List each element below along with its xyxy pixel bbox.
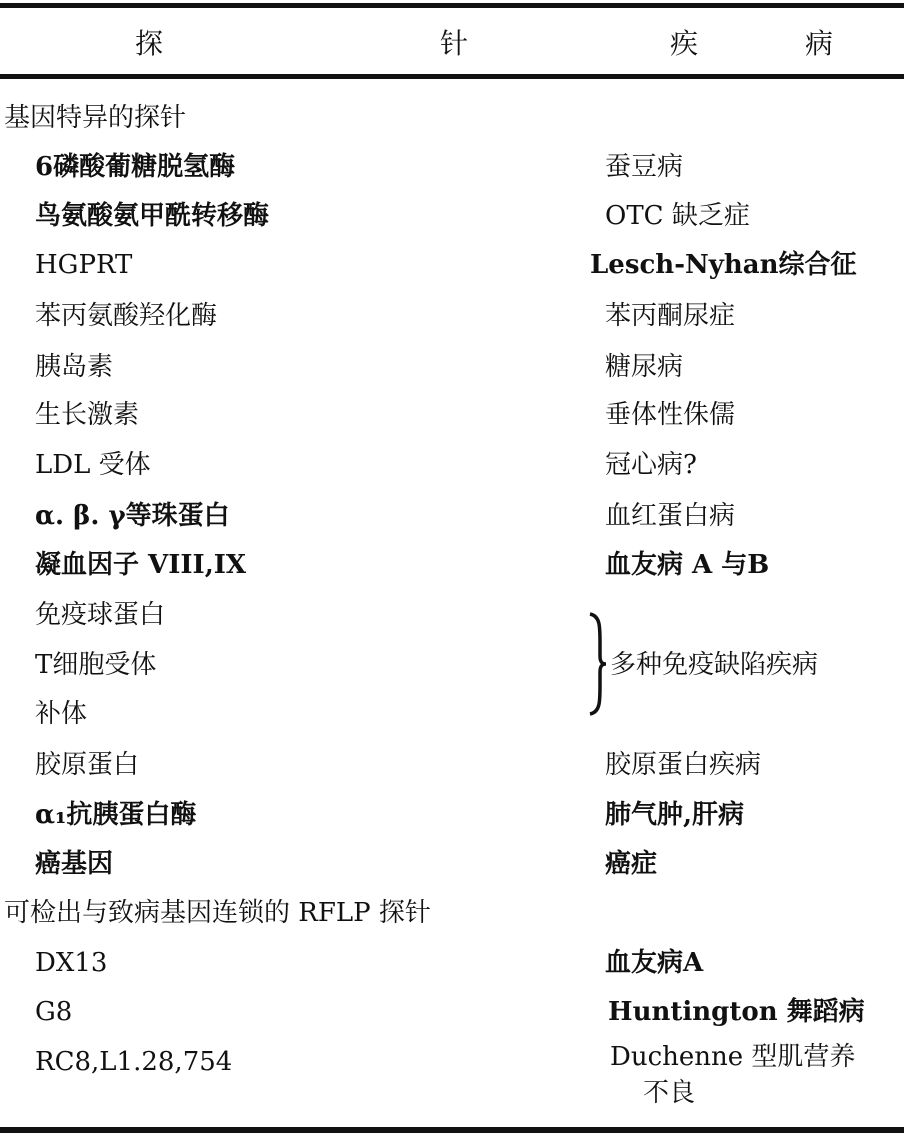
probe-cell: 胶原蛋白 xyxy=(35,748,139,782)
disease-cell: 苯丙酮尿症 xyxy=(605,299,735,333)
bottom-rule xyxy=(0,1127,904,1133)
probe-cell: 苯丙氨酸羟化酶 xyxy=(35,299,217,333)
disease-cell: 胶原蛋白疾病 xyxy=(605,748,761,782)
disease-cell-grouped: 多种免疫缺陷疾病 xyxy=(610,648,818,682)
disease-cell: 血友病 A 与B xyxy=(605,548,769,582)
disease-cell: 糖尿病 xyxy=(605,350,683,384)
header-probe-char-1: 探 xyxy=(135,26,163,62)
probe-cell: α. β. γ等珠蛋白 xyxy=(35,499,230,533)
disease-cell: 癌症 xyxy=(605,847,657,881)
probe-cell: HGPRT xyxy=(35,248,132,282)
probe-cell: LDL 受体 xyxy=(35,448,151,482)
top-rule xyxy=(0,3,904,8)
right-brace-icon xyxy=(588,612,608,716)
probe-cell: T细胞受体 xyxy=(35,648,156,682)
disease-cell: Huntington 舞蹈病 xyxy=(608,995,865,1029)
probe-cell: RC8,L1.28,754 xyxy=(35,1045,232,1079)
disease-cell: 血红蛋白病 xyxy=(605,499,735,533)
header-probe-char-2: 针 xyxy=(440,26,468,62)
probe-cell: 鸟氨酸氨甲酰转移酶 xyxy=(35,199,269,233)
disease-cell: Duchenne 型肌营养 xyxy=(610,1040,855,1074)
disease-cell: 肺气肿,肝病 xyxy=(605,798,744,832)
disease-cell: 垂体性侏儒 xyxy=(605,398,735,432)
header-rule xyxy=(0,74,904,79)
probe-cell: 6磷酸葡糖脱氢酶 xyxy=(35,150,235,184)
header-disease-char-1: 疾 xyxy=(670,26,698,62)
section-title-rflp: 可检出与致病基因连锁的 RFLP 探针 xyxy=(4,896,431,930)
disease-cell: 冠心病? xyxy=(605,448,697,482)
probe-cell: G8 xyxy=(35,995,72,1029)
probe-cell: 生长激素 xyxy=(35,398,139,432)
disease-cell: Lesch-Nyhan综合征 xyxy=(590,248,857,282)
probe-cell: 癌基因 xyxy=(35,847,113,881)
disease-cell: 蚕豆病 xyxy=(605,150,683,184)
probe-cell: α₁抗胰蛋白酶 xyxy=(35,798,196,832)
probe-cell: 免疫球蛋白 xyxy=(35,598,165,632)
probe-cell: DX13 xyxy=(35,946,107,980)
disease-cell-continuation: 不良 xyxy=(643,1076,695,1110)
header-disease-char-2: 病 xyxy=(805,26,833,62)
section-title-gene-specific: 基因特异的探针 xyxy=(4,101,186,135)
disease-cell: OTC 缺乏症 xyxy=(605,199,750,233)
probe-cell: 凝血因子 VIII,IX xyxy=(35,548,246,582)
probe-cell: 胰岛素 xyxy=(35,350,113,384)
disease-cell: 血友病A xyxy=(605,946,703,980)
probe-cell: 补体 xyxy=(35,697,87,731)
